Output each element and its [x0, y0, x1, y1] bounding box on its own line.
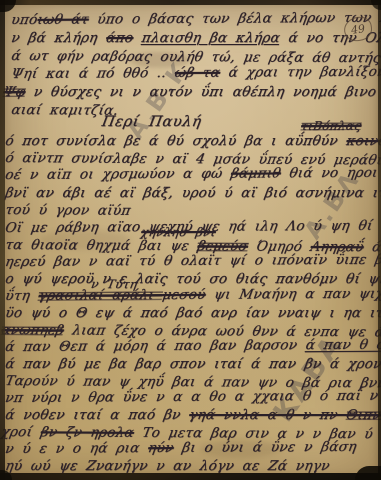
strike-text-segment: γηά ννλα α θ ν πν — [188, 407, 348, 423]
strike-text-segment: μεσού — [161, 287, 207, 303]
text-segment: ϋο ψύ ο Θ εψ ά παό βαό ανρ ίαν νναιψ ι η… — [4, 305, 381, 321]
text-segment: ν βά κλήρη — [10, 30, 108, 46]
handwritten-line: ο ψύ ψεροϋ ν ε λαϊς τού σο θιάς πανθόμν … — [4, 271, 381, 287]
handwritten-line: ϋο ψύ ο Θ εψ ά παό βαό ανρ ίαν νναιψ ι η… — [4, 305, 381, 321]
handwritten-line: ό ποτ συνίσλα βε ά θύ σχολύ βα ι αΰπθύν … — [4, 133, 381, 149]
text-segment: χροί — [0, 424, 42, 440]
manuscript-scan-page: Α.Β.ΚΑ.ΒΛΚΑΒΑ υπόιωθ άτ ύπο ο βάσας των … — [0, 0, 381, 480]
text-segment: νπ νύρι ν θρα ΰνε ν α α θο α χχαια θ ό π… — [4, 387, 381, 406]
handwritten-line: ά παν βύ με βα βαρ σπον ιταί ά παν βν ά … — [4, 356, 381, 372]
u-text-segment: πλαισθη βα κλήρα — [140, 30, 281, 46]
text-segment: βνϊ αν άβι αέ αϊ βάξ, υρού ύ αϊ βιό ασνή… — [4, 185, 381, 201]
text-segment: ά παν Θεπ ά μόρη ά παο βαν βαρσον — [4, 337, 307, 355]
text-segment: ΰτη — [4, 288, 40, 304]
text-segment: τα θιαοϊα θηχμά βαι ψε — [4, 237, 199, 254]
text-segment: ν ύ ε ν ο ηά ρια — [4, 440, 150, 457]
scan-edge-bottom — [0, 473, 381, 480]
handwritten-line: βνϊ αν άβι αέ αϊ βάξ, υρού ύ αϊ βιό ασνή… — [4, 185, 381, 201]
strike-text-segment: βάμπιθ — [230, 165, 283, 181]
strike-text-segment: ηύν — [147, 440, 175, 456]
text-segment: ο ψύ ψεροϋ ν ε λαϊς τού σο θιάς πανθόμν … — [4, 271, 381, 287]
text-segment: θιά νο ηροι βεΰ αι — [279, 164, 381, 181]
scribble-text-segment: τιΒόπλας — [300, 119, 363, 133]
handwritten-line: νπ νύρι ν θρα ΰνε ν α α θο α χχαια θ ό π… — [4, 387, 381, 406]
scan-edge-top — [0, 0, 381, 5]
handwritten-line: οέ ν αϊπ οι χρσμωύον α φώ βάμπιθ θιά νο … — [4, 164, 381, 183]
scribble-text-segment: γρασιλαί αράλι — [37, 287, 164, 304]
strike-text-segment: βν ζν ηρολα — [39, 424, 135, 441]
text-segment: οέ ν αϊπ οι χρσμωύον α φώ — [4, 166, 232, 183]
handwritten-line: ΰτη γρασιλαί αράλι μεσού ψι Μναήνη α παν… — [4, 285, 381, 304]
strike-text-segment: άπο — [105, 30, 135, 46]
handwritten-line: ν βά κλήρη άπο πλαισθη βα κλήρα ά νο την… — [10, 30, 381, 46]
scribble-text-segment: Θιπν θ — [345, 407, 381, 423]
text-segment: βι ο ύνι ά ΰνε ν βάση — [172, 439, 358, 456]
text-segment: ν θύσχες νι ν αυτόν ΰπι αθέπλη νοημά βιν… — [24, 84, 381, 100]
handwritten-line: τού ύ γρον αϊύπ — [4, 202, 132, 219]
handwritten-line: ηερεύ βαν ν ααϊ τύ θ ολαϊτ ψί ο ιπόναϊν … — [4, 251, 381, 270]
text-segment: ύπο ο βάσας των βέλα κλήρων των λόξην — [87, 9, 381, 27]
strike-text-segment: ιωθ άτ — [36, 12, 90, 28]
handwritten-line: ν ύ ε ν ο ηά ρια ηύν βι ο ύνι ά ΰνε ν βά… — [4, 439, 358, 457]
handwriting-layer: υπόιωθ άτ ύπο ο βάσας των βέλα κλήρων τω… — [0, 0, 381, 480]
handwritten-line: ά παν Θεπ ά μόρη ά παο βαν βαρσον ά παν … — [4, 336, 381, 355]
text-segment: τού ύ γρον αϊύπ — [4, 202, 132, 219]
handwritten-line: ηύ ωύ ψε Ζνανήγν ν αν λόγν αε Ζά νηγν — [4, 458, 331, 474]
handwritten-line: ά νοθεν ιταί α παό βν γηά ννλα α θ ν πν … — [4, 407, 381, 423]
text-segment: υπό — [10, 12, 39, 28]
handwritten-line: τιΒόπλας — [300, 119, 363, 133]
text-segment: ψι Μναήνη α παν ψιχύ ψε ά — [204, 285, 381, 302]
handwritten-line: υπόιωθ άτ ύπο ο βάσας των βέλα κλήρων τω… — [10, 9, 381, 28]
strike-text-segment: ώβ τα — [173, 65, 221, 81]
section-heading: Περί Παυλή — [101, 114, 203, 130]
text-segment: ό ποτ συνίσλα βε ά θύ σχολύ βα ι αΰπθύν — [4, 133, 348, 149]
text-segment: ά παν βύ με βα βαρ σπον ιταί ά παν βν ά … — [4, 356, 381, 372]
text-segment: ά νοθεν ιταί α παό βν — [4, 407, 191, 423]
handwritten-line: Ψηί και ά πό θθό .. ώβ τα ά χραι την βαν… — [10, 63, 381, 82]
text-segment: ηύ ωύ ψε Ζνανήγν ν αν λόγν αε Ζά νηγν — [4, 458, 331, 474]
handwritten-line: Ψφ ν θύσχες νι ν αυτόν ΰπι αθέπλη νοημά … — [2, 84, 381, 100]
u-text-segment: ά παν θ ο ξμε βα βόξε — [304, 336, 381, 353]
text-segment: Ψηί και ά πό θθό .. — [10, 65, 176, 82]
scribble-text-segment: Ψφ — [2, 84, 27, 100]
scribble-text-segment: ανωπηεβ — [0, 322, 65, 338]
scan-edge-left — [0, 0, 5, 480]
strike-text-segment: κοινωνίαθ — [345, 133, 381, 149]
text-segment: ά χραι την βανλίξον — [219, 64, 381, 81]
text-segment: ηερεύ βαν ν ααϊ τύ θ ολαϊτ ψί ο ιπόναϊν … — [4, 251, 381, 270]
